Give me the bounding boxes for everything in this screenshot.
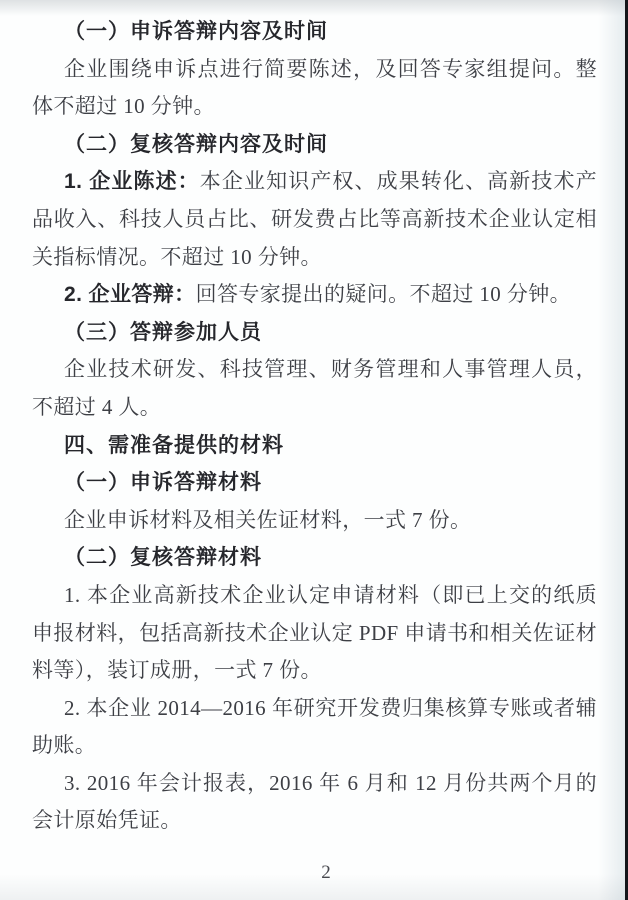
para-review-material-3: 3. 2016 年会计报表，2016 年 6 月和 12 月份共两个月的会计原始… <box>32 765 597 840</box>
para-enterprise-statement: 1. 企业陈述：本企业知识产权、成果转化、高新技术产品收入、科技人员占比、研发费… <box>32 163 597 276</box>
heading-chapter-materials-required: 四、需准备提供的材料 <box>32 427 597 465</box>
heading-appeal-materials: （一）申诉答辩材料 <box>32 464 597 502</box>
heading-appeal-defense-content-time: （一）申诉答辩内容及时间 <box>32 13 597 51</box>
para-review-material-1: 1. 本企业高新技术企业认定申请材料（即已上交的纸质申报材料，包括高新技术企业认… <box>32 577 597 690</box>
document-page: （一）申诉答辩内容及时间 企业围绕申诉点进行简要陈述，及回答专家组提问。整体不超… <box>0 0 628 900</box>
text-enterprise-defense: 回答专家提出的疑问。不超过 10 分钟。 <box>196 282 572 306</box>
para-review-material-2: 2. 本企业 2014—2016 年研究开发费归集核算专账或者辅助账。 <box>32 690 597 765</box>
para-appeal-materials: 企业申诉材料及相关佐证材料，一式 7 份。 <box>32 502 597 540</box>
document-body: （一）申诉答辩内容及时间 企业围绕申诉点进行简要陈述，及回答专家组提问。整体不超… <box>32 13 597 840</box>
heading-review-defense-content-time: （二）复核答辩内容及时间 <box>32 126 597 164</box>
page-number: 2 <box>12 862 628 884</box>
para-enterprise-defense: 2. 企业答辩：回答专家提出的疑问。不超过 10 分钟。 <box>32 276 597 314</box>
heading-defense-participants: （三）答辩参加人员 <box>32 314 597 352</box>
para-appeal-statement: 企业围绕申诉点进行简要陈述，及回答专家组提问。整体不超过 10 分钟。 <box>32 51 597 126</box>
para-participants: 企业技术研发、科技管理、财务管理和人事管理人员，不超过 4 人。 <box>32 351 597 426</box>
lead-enterprise-defense: 2. 企业答辩： <box>64 283 196 306</box>
scan-artifact-right <box>598 0 628 900</box>
lead-enterprise-statement: 1. 企业陈述： <box>64 170 200 193</box>
heading-review-materials: （二）复核答辩材料 <box>32 539 597 577</box>
